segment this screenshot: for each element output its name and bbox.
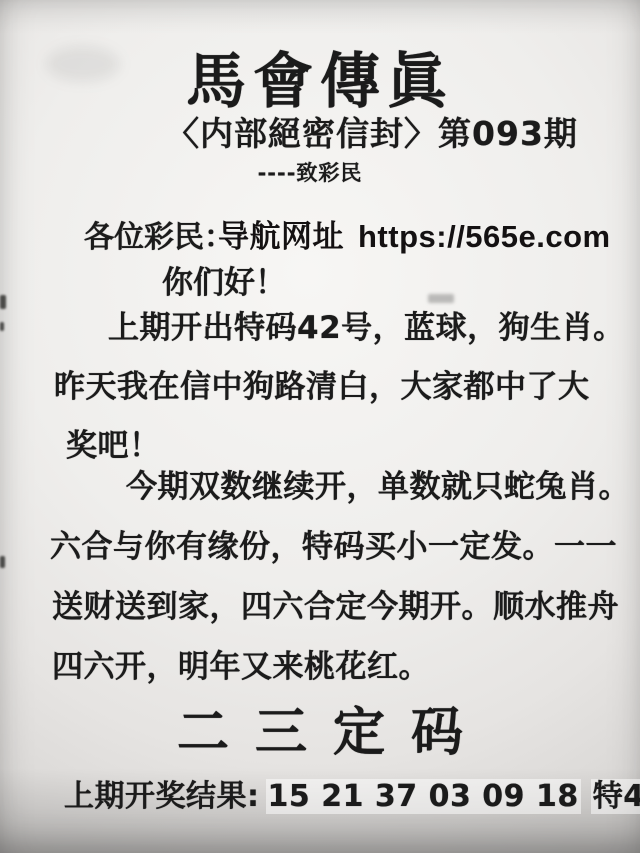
ad-label: 导航网址 xyxy=(218,219,344,254)
paragraph1-line3: 奖吧！ xyxy=(66,420,161,465)
previous-result-line: 上期开奖结果:15 21 37 03 09 18特42 xyxy=(64,771,640,815)
section-title: 二三定码 xyxy=(0,690,640,765)
scan-smudge xyxy=(0,295,6,309)
dedication-line: ----致彩民 xyxy=(0,157,640,187)
ad-url-line[interactable]: 导航网址https://565e.com xyxy=(218,211,611,256)
paragraph2-line2: 六合与你有缘份，特码买小一定发。一一 xyxy=(50,521,617,566)
result-label: 上期开奖结果: xyxy=(64,779,260,814)
fax-sheet: 馬會傳眞 〈内部絕密信封〉第093期 ----致彩民 各位彩民： 导航网址htt… xyxy=(0,0,640,853)
page-subtitle: 〈内部絕密信封〉第093期 xyxy=(0,108,640,155)
greeting: 你们好！ xyxy=(162,257,286,302)
paragraph1-line2: 昨天我在信中狗路清白，大家都中了大 xyxy=(54,361,590,406)
scan-smudge xyxy=(0,322,4,331)
paragraph2-line4: 四六开，明年又来桃花红。 xyxy=(52,641,430,686)
salutation: 各位彩民： xyxy=(84,212,234,256)
result-numbers: 15 21 37 03 09 18 xyxy=(266,779,581,814)
paragraph1-line1: 上期开出特码42号，蓝球，狗生肖。 xyxy=(108,302,625,347)
paragraph2-line3: 送财送到家，四六合定今期开。顺水推舟 xyxy=(52,581,619,626)
scan-smudge xyxy=(0,556,5,568)
paragraph2-line1: 今期双数继续开，单数就只蛇兔肖。 xyxy=(126,461,630,506)
special-number: 特42 xyxy=(591,779,640,814)
ad-url[interactable]: https://565e.com xyxy=(358,219,611,254)
